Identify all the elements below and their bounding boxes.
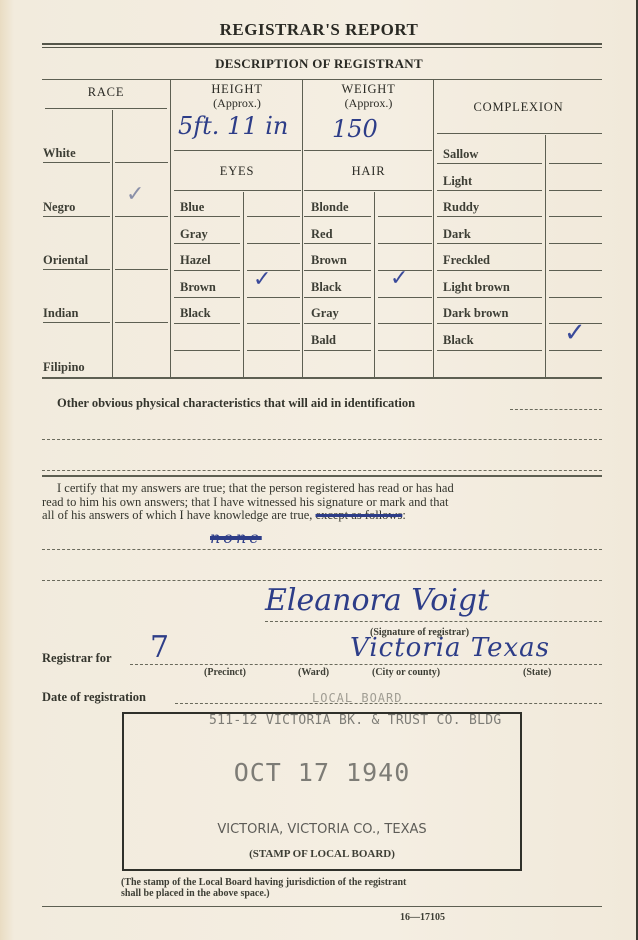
hair-rule — [304, 243, 371, 244]
complexion-mark-rule — [549, 297, 602, 298]
eyes-header: EYES — [172, 164, 302, 179]
complexion-rule — [437, 190, 542, 191]
location-value[interactable]: Victoria Texas — [350, 633, 550, 663]
race-option-filipino: Filipino — [43, 360, 85, 375]
other-characteristics-line-2[interactable] — [42, 439, 602, 440]
eyes-rule — [174, 243, 240, 244]
hair-mark-rule — [378, 216, 432, 217]
complexion-rule — [437, 350, 542, 351]
hair-option-bald: Bald — [311, 333, 336, 348]
eyes-option-hazel: Hazel — [180, 253, 211, 268]
exceptions-line-2[interactable] — [42, 580, 602, 581]
form-number: 16—17105 — [400, 912, 445, 923]
race-option-indian: Indian — [43, 306, 78, 321]
height-header: HEIGHT (Approx.) — [172, 82, 302, 109]
race-option-white: White — [43, 146, 76, 161]
ward-caption: (Ward) — [298, 667, 329, 678]
table-bottom-rule — [42, 377, 602, 379]
race-header: RACE — [42, 85, 170, 100]
certification-line-3-text: all of his answers of which I have knowl… — [42, 508, 316, 522]
complexion-mark-rule — [549, 323, 602, 324]
hair-header: HAIR — [304, 164, 433, 179]
page-title: REGISTRAR'S REPORT — [0, 20, 638, 40]
stamp-location: VICTORIA, VICTORIA CO., TEXAS — [124, 822, 520, 837]
complexion-rule — [437, 216, 542, 217]
race-mark-rule — [115, 216, 168, 217]
complexion-header-rule — [437, 133, 602, 134]
local-board-stamp-box: 511-12 VICTORIA BK. & TRUST CO. BLDG OCT… — [122, 712, 522, 871]
table-top-rule — [42, 79, 602, 80]
registration-card: REGISTRAR'S REPORT DESCRIPTION OF REGIST… — [0, 0, 638, 940]
race-header-rule — [45, 108, 167, 109]
title-divider-bottom — [42, 47, 602, 48]
complexion-option-dark-brown: Dark brown — [443, 306, 508, 321]
hair-rule — [304, 216, 371, 217]
complexion-rule — [437, 297, 542, 298]
eyes-option-gray: Gray — [180, 227, 208, 242]
eyes-option-brown: Brown — [180, 280, 216, 295]
hair-mark-rule — [378, 350, 432, 351]
eyes-mark-rule — [247, 297, 300, 298]
certification-line-3: all of his answers of which I have knowl… — [42, 509, 602, 523]
hair-rule — [304, 323, 371, 324]
certification-colon: : — [402, 508, 405, 522]
stamp-instructions-line-2: shall be placed in the above space.) — [121, 888, 406, 899]
registrar-for-line[interactable] — [130, 664, 602, 665]
exceptions-struck-entry[interactable]: none — [210, 528, 262, 547]
precinct-value[interactable]: 7 — [150, 630, 169, 665]
registrar-signature[interactable]: Eleanora Voigt — [265, 583, 489, 618]
divider-weight-complexion — [433, 80, 434, 377]
race-rule — [43, 269, 110, 270]
certification-text: I certify that my answers are true; that… — [42, 482, 602, 523]
other-characteristics-line-3[interactable] — [42, 470, 602, 471]
complexion-option-ruddy: Ruddy — [443, 200, 479, 215]
struck-except-as-follows: except as follows — [316, 508, 403, 522]
local-board-overprint: LOCAL BOARD — [312, 691, 402, 705]
race-rule — [43, 162, 110, 163]
complexion-option-light: Light — [443, 174, 472, 189]
divider-eyes-mark — [243, 192, 244, 377]
complexion-option-black: Black — [443, 333, 474, 348]
weight-value[interactable]: 150 — [332, 115, 378, 143]
race-mark-rule — [115, 269, 168, 270]
hair-mark-rule — [378, 323, 432, 324]
hair-mark-rule — [378, 243, 432, 244]
race-option-negro: Negro — [43, 200, 75, 215]
complexion-option-sallow: Sallow — [443, 147, 478, 162]
hair-mark-rule — [378, 297, 432, 298]
hair-option-brown: Brown — [311, 253, 347, 268]
weight-header-sub: (Approx.) — [304, 97, 433, 109]
stamp-date: OCT 17 1940 — [124, 758, 520, 787]
complexion-mark-rule — [549, 270, 602, 271]
stamp-address: 511-12 VICTORIA BK. & TRUST CO. BLDG — [209, 713, 502, 728]
divider-hair-mark — [374, 192, 375, 377]
hair-rule — [304, 297, 371, 298]
race-rule — [43, 322, 110, 323]
height-rule — [174, 150, 301, 151]
eyes-option-blue: Blue — [180, 200, 204, 215]
height-value[interactable]: 5ft. 11 in — [178, 112, 303, 140]
complexion-option-light-brown: Light brown — [443, 280, 510, 295]
hair-option-red: Red — [311, 227, 333, 242]
other-characteristics-field[interactable] — [510, 409, 602, 410]
eyes-option-black: Black — [180, 306, 211, 321]
divider-race-height — [170, 80, 171, 377]
complexion-rule — [437, 323, 542, 324]
exceptions-line-1[interactable] — [42, 549, 602, 550]
eyes-rule — [174, 350, 240, 351]
certification-line-1: I certify that my answers are true; that… — [42, 482, 602, 496]
race-mark-rule — [115, 322, 168, 323]
weight-rule — [304, 150, 432, 151]
title-divider-top — [42, 43, 602, 45]
hair-option-gray: Gray — [311, 306, 339, 321]
height-header-label: HEIGHT — [211, 82, 262, 96]
complexion-rule — [437, 163, 542, 164]
hair-rule — [304, 270, 371, 271]
complexion-option-freckled: Freckled — [443, 253, 490, 268]
eyes-rule — [174, 323, 240, 324]
weight-header-label: WEIGHT — [341, 82, 395, 96]
eyes-mark-rule — [247, 270, 300, 271]
complexion-mark-rule — [549, 163, 602, 164]
section-title: DESCRIPTION OF REGISTRANT — [0, 56, 638, 72]
precinct-caption: (Precinct) — [204, 667, 246, 678]
eyes-mark-rule — [247, 216, 300, 217]
height-header-sub: (Approx.) — [172, 97, 302, 109]
complexion-rule — [437, 243, 542, 244]
divider-complexion-mark — [545, 135, 546, 377]
section-divider — [42, 475, 602, 477]
eyes-rule — [174, 216, 240, 217]
complexion-mark-rule — [549, 243, 602, 244]
eyes-rule — [174, 270, 240, 271]
complexion-option-dark: Dark — [443, 227, 471, 242]
hair-option-blonde: Blonde — [311, 200, 349, 215]
hair-rule — [304, 350, 371, 351]
footer-rule — [42, 906, 602, 907]
hair-header-rule — [304, 190, 432, 191]
certification-line-2: read to him his own answers; that I have… — [42, 496, 602, 510]
eyes-mark-rule — [247, 350, 300, 351]
hair-mark-rule — [378, 270, 432, 271]
complexion-mark-rule — [549, 350, 602, 351]
stamp-instructions-line-1: (The stamp of the Local Board having jur… — [121, 877, 406, 888]
divider-race-mark — [112, 110, 113, 377]
eyes-mark-rule — [247, 323, 300, 324]
hair-option-black: Black — [311, 280, 342, 295]
city-caption: (City or county) — [372, 667, 440, 678]
race-mark-rule — [115, 162, 168, 163]
registrar-for-label: Registrar for — [42, 652, 112, 666]
stamp-instructions: (The stamp of the Local Board having jur… — [121, 877, 406, 899]
date-of-registration-label: Date of registration — [42, 691, 146, 705]
eyes-mark-rule — [247, 243, 300, 244]
state-caption: (State) — [523, 667, 551, 678]
eyes-header-rule — [174, 190, 301, 191]
complexion-rule — [437, 270, 542, 271]
race-option-oriental: Oriental — [43, 253, 88, 268]
eyes-rule — [174, 297, 240, 298]
other-characteristics-label: Other obvious physical characteristics t… — [57, 397, 415, 411]
complexion-mark-rule — [549, 216, 602, 217]
signature-line[interactable] — [265, 621, 602, 622]
race-negro-check-icon[interactable]: ✓ — [126, 182, 144, 207]
stamp-caption: (STAMP OF LOCAL BOARD) — [124, 848, 520, 860]
complexion-header: COMPLEXION — [435, 100, 602, 115]
weight-header: WEIGHT (Approx.) — [304, 82, 433, 109]
race-rule — [43, 216, 110, 217]
complexion-mark-rule — [549, 190, 602, 191]
